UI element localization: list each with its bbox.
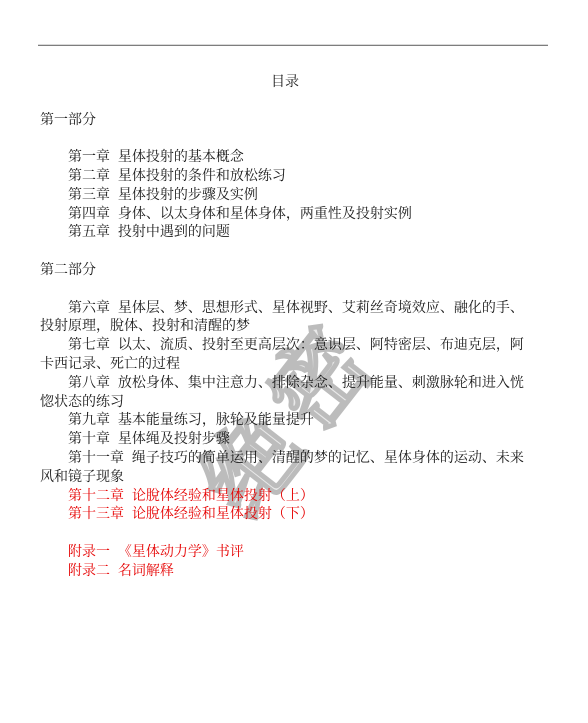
part2-heading: 第二部分 [40,260,530,279]
toc-entry-chapter-8: 第八章 放松身体、集中注意力、排除杂念、提升能量、刺激脉轮和进入恍惚状态的练习 [40,373,530,411]
toc-entry-chapter-10: 第十章 星体绳及投射步骤 [40,429,530,448]
toc-entry-chapter-11: 第十一章 绳子技巧的简单运用、清醒的梦的记忆、星体身体的运动、未来风和镜子现象 [40,448,530,486]
toc-entry-chapter-5: 第五章 投射中遇到的问题 [40,222,530,241]
header-divider-line [38,44,548,46]
toc-entry-chapter-12: 第十二章 论脫体经验和星体投射（上） [40,486,530,505]
toc-entry-appendix-1: 附录一 《星体动力学》书评 [40,542,530,561]
toc-page: 绝密 目录 第一部分 第一章 星体投射的基本槪念 第二章 星体投射的条件和放松练… [0,0,588,723]
toc-entry-chapter-7: 第七章 以太、流质、投射至更高层次：意识层、阿特密层、布迪克层，阿卡西记录、死亡… [40,335,530,373]
toc-entry-chapter-13: 第十三章 论脫体经验和星体投射（下） [40,504,530,523]
toc-entry-chapter-9: 第九章 基本能量练习，脉轮及能量提升 [40,410,530,429]
toc-entry-chapter-4: 第四章 身体、以太身体和星体身体，两重性及投射实例 [40,204,530,223]
toc-entry-chapter-1: 第一章 星体投射的基本槪念 [40,147,530,166]
toc-entry-chapter-2: 第二章 星体投射的条件和放松练习 [40,166,530,185]
toc-entry-chapter-6: 第六章 星体层、梦、思想形式、星体视野、艾莉丝奇境效应、融化的手、投射原理，脫体… [40,298,530,336]
appendix-section: 附录一 《星体动力学》书评 附录二 名词解释 [40,542,530,580]
page-title: 目录 [40,72,530,91]
toc-content: 目录 第一部分 第一章 星体投射的基本槪念 第二章 星体投射的条件和放松练习 第… [40,72,530,580]
toc-entry-appendix-2: 附录二 名词解释 [40,561,530,580]
part1-heading: 第一部分 [40,110,530,129]
toc-entry-chapter-3: 第三章 星体投射的步骤及实例 [40,185,530,204]
